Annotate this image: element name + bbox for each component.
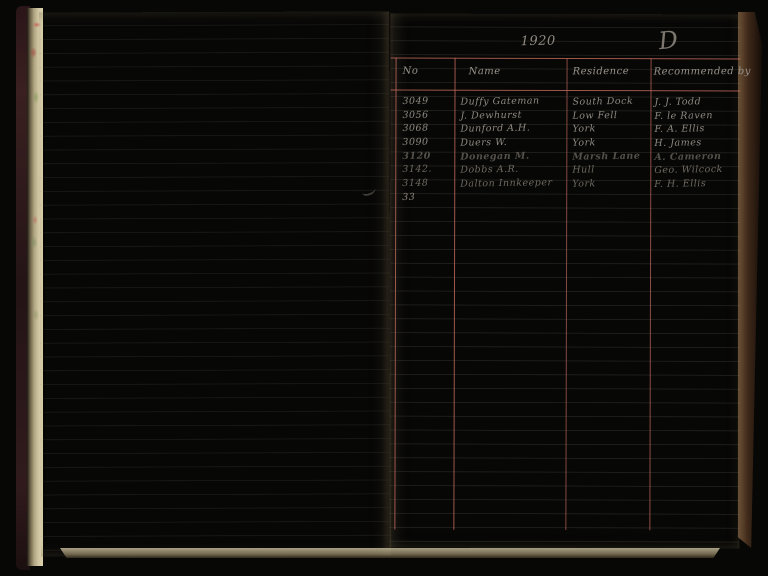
- table-row: 3068 Dunford A.H. York F. A. Ellis: [390, 123, 740, 138]
- table-row: 33: [390, 191, 740, 206]
- book-cover-right-edge: [738, 12, 762, 548]
- cell-residence: York: [572, 137, 648, 149]
- table-row: 3049 Duffy Gateman South Dock J. J. Todd: [390, 96, 740, 111]
- cell-recommended-by: F. H. Ellis: [654, 178, 738, 190]
- bottom-page-stack-edge: [60, 548, 720, 558]
- cell-residence: York: [572, 123, 648, 135]
- cell-name: [460, 191, 564, 193]
- table-row: 3148 Dalton Innkeeper York F. H. Ellis: [390, 178, 740, 193]
- pencil-smudge-mark: [361, 184, 377, 197]
- cell-name: Dobbs A.R.: [460, 164, 564, 177]
- header-residence: Residence: [573, 66, 649, 77]
- cell-recommended-by: J. J. Todd: [654, 96, 738, 108]
- cell-no: 3090: [402, 136, 452, 148]
- cell-recommended-by: F. le Raven: [654, 109, 738, 121]
- cell-no: 3142.: [402, 164, 452, 176]
- cell-no: 33: [402, 191, 452, 203]
- table-row: 3142. Dobbs A.R. Hull Geo. Wilcock: [390, 164, 740, 179]
- cell-name: Donegan M.: [460, 150, 564, 163]
- cell-residence: Marsh Lane: [572, 150, 648, 162]
- cell-no: 3148: [402, 177, 452, 189]
- cell-residence: Low Fell: [572, 109, 648, 121]
- right-page-register: 1920 D No Name Residence Recommended by …: [389, 14, 740, 549]
- cell-name: Dunford A.H.: [460, 122, 564, 135]
- header-recommended-by: Recommended by: [654, 66, 738, 78]
- table-body: 3049 Duffy Gateman South Dock J. J. Todd…: [390, 96, 740, 206]
- cell-residence: York: [572, 178, 648, 190]
- cell-recommended-by: F. A. Ellis: [654, 123, 738, 135]
- cell-residence: [572, 191, 648, 192]
- register-book: 1920 D No Name Residence Recommended by …: [0, 0, 768, 576]
- cell-name: Dalton Innkeeper: [460, 177, 564, 190]
- cell-recommended-by: [654, 192, 738, 193]
- header-rule-top: [391, 58, 741, 60]
- year-annotation: 1920: [521, 34, 556, 50]
- cell-no: 3120: [402, 150, 452, 162]
- cell-residence: Hull: [572, 164, 648, 176]
- cell-no: 3049: [402, 95, 452, 107]
- index-letter-annotation: D: [657, 25, 680, 55]
- cell-recommended-by: H. James: [654, 137, 738, 149]
- cell-no: 3056: [402, 109, 452, 121]
- cell-residence: South Dock: [572, 96, 648, 108]
- header-name: Name: [469, 66, 573, 78]
- cell-name: Duers W.: [460, 136, 564, 149]
- cell-name: Duffy Gateman: [460, 95, 564, 108]
- cell-recommended-by: A. Cameron: [654, 150, 738, 162]
- header-no: No: [403, 65, 453, 76]
- header-rule-bottom: [390, 90, 740, 92]
- left-page-blank: [39, 11, 391, 556]
- table-header-row: No Name Residence Recommended by: [391, 66, 741, 85]
- table-row: 3090 Duers W. York H. James: [390, 137, 740, 152]
- cell-name: J. Dewhurst: [460, 109, 564, 122]
- cell-no: 3068: [402, 123, 452, 135]
- cell-recommended-by: Geo. Wilcock: [654, 164, 738, 176]
